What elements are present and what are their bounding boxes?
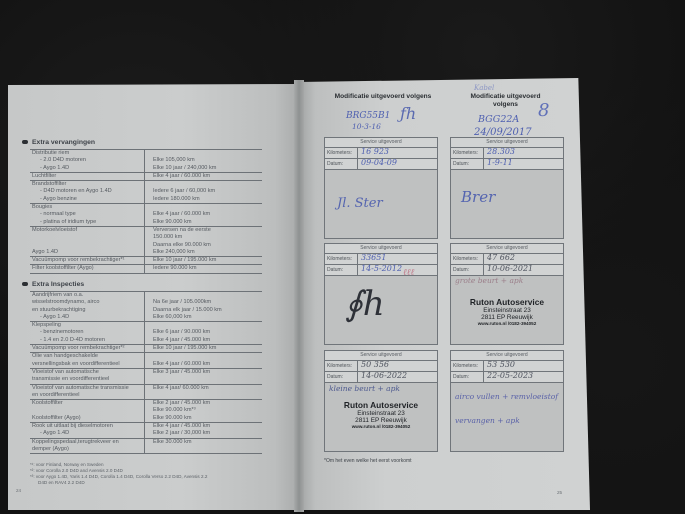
service-notes-area: Jl. Ster [325, 170, 437, 238]
item-cell: Aandrijfriem van o.a.wisselstroomdynamo,… [30, 292, 145, 322]
handwritten-value: 33651 [361, 253, 386, 263]
red-mark: ℓℓℓ [403, 267, 414, 278]
inspections-table: Aandrijfriem van o.a.wisselstroomdynamo,… [30, 291, 262, 454]
date-row: Datum:14-5-2012 [325, 265, 437, 276]
interval-cell: Iedere 90.000 km [145, 265, 263, 273]
section-extra-inspecties: Extra Inspecties [22, 281, 84, 288]
interval-cell: Na 6e jaar / 105.000kmDaarna elk jaar / … [145, 292, 263, 322]
date-row: Datum:1-9-11 [451, 159, 563, 170]
handwritten-value: 1-9-11 [487, 158, 513, 168]
service-box: Service uitgevoerdKilometers:53 530Datum… [450, 350, 564, 452]
interval-cell: Elke 4 jaar / 60.000 kmElke 90.000 km [145, 204, 263, 227]
item-cell: Vloeistof van automatischetransmissie en… [30, 368, 145, 384]
page-number-right: 25 [557, 490, 562, 495]
table-row: Filter koolstoffilter (Aygo)Iedere 90.00… [30, 265, 262, 273]
bullet-icon [22, 282, 28, 286]
handwritten-notes: grote beurt + apk [455, 276, 523, 285]
item-cell: Koolstoffilter Koolstoffilter (Aygo) [30, 400, 145, 423]
date-row: Datum:14-06-2022 [325, 372, 437, 383]
interval-cell: Elke 4 jaar / 45.000 kmElke 2 jaar / 30,… [145, 423, 263, 439]
handwritten-value: 28.303 [487, 147, 515, 157]
service-box: Service uitgevoerdKilometers:28.303Datum… [450, 137, 564, 239]
interval-cell: Elke 4 jaar / 60.000 km [145, 353, 263, 369]
item-cell: Koppelingspedaal,terugtrekveer endemper … [30, 438, 145, 454]
book-spine [294, 80, 304, 512]
handwritten-notes: airco vullen + remvloeistof vervangen + … [455, 385, 575, 433]
replacements-table: Distributie riem- 2.0 D4D motoren- Aygo … [30, 149, 262, 274]
interval-cell: Elke 10 jaar / 195.000 km [145, 257, 263, 265]
interval-cell: Verversen na de eerste150.000 kmDaarna e… [145, 226, 263, 256]
section-extra-vervangingen: Extra vervangingen [22, 139, 95, 146]
item-cell: Vloeistof van automatische transmissieen… [30, 384, 145, 400]
footnote-right: *Om het even welke het eerst voorkomt [324, 458, 412, 464]
signature-1: ƒh [400, 104, 416, 123]
table-row: Klepspeling- benzinemotoren- 1.4 en 2.0 … [30, 322, 262, 345]
service-notes-area: ∮hℓℓℓ [325, 276, 437, 344]
item-cell: Luchtfilter [30, 172, 145, 180]
item-cell: Vacuümpomp voor rembekrachtiger*² [30, 345, 145, 353]
interval-cell: Elke 6 jaar / 90.000 kmElke 4 jaar / 45.… [145, 322, 263, 345]
date-row: Datum:22-05-2023 [451, 372, 563, 383]
item-cell: Filter koolstoffilter (Aygo) [30, 265, 145, 273]
item-cell: Klepspeling- benzinemotoren- 1.4 en 2.0 … [30, 322, 145, 345]
table-row: Vloeistof van automatischetransmissie en… [30, 368, 262, 384]
interval-cell: Iedere 6 jaar / 60,000 kmIedere 180.000 … [145, 181, 263, 204]
handwritten-notes: Brer [461, 188, 495, 206]
item-cell: Vacuümpomp voor rembekrachtiger*¹ [30, 257, 145, 265]
service-notes-area: Brer [451, 170, 563, 238]
table-row: Brandstoffilter- D4D motoren en Aygo 1.4… [30, 181, 262, 204]
item-cell: Brandstoffilter- D4D motoren en Aygo 1.4… [30, 181, 145, 204]
bullet-icon [22, 140, 28, 144]
service-notes-area: airco vullen + remvloeistof vervangen + … [451, 383, 563, 451]
handwritten-value: 14-06-2022 [361, 371, 407, 381]
handwritten-value: 22-05-2023 [487, 371, 533, 381]
table-row: Koppelingspedaal,terugtrekveer endemper … [30, 438, 262, 454]
item-cell: Rook uit uitlaat bij dieselmotoren- Aygo… [30, 423, 145, 439]
handwritten-value: 16 923 [361, 147, 389, 157]
table-row: Motorkoelvloeistof Aygo 1.4DVerversen na… [30, 226, 262, 256]
table-row: Olie van handgeschakeldeversnellingsbak … [30, 353, 262, 369]
handwritten-value: 50 356 [361, 360, 389, 370]
date-row: Datum:10-06-2021 [451, 265, 563, 276]
handwritten-value: 47 662 [487, 253, 515, 263]
table-row: Bougies- normaal type- platina of iridiu… [30, 204, 262, 227]
handwritten-value: 10-06-2021 [487, 264, 533, 274]
handwritten-notes: kleine beurt + apk [329, 384, 400, 393]
table-row: Koolstoffilter Koolstoffilter (Aygo)Elke… [30, 400, 262, 423]
interval-cell: Elke 4 jaar/ 60.000 km [145, 384, 263, 400]
table-row: Vloeistof van automatische transmissieen… [30, 384, 262, 400]
item-cell: Motorkoelvloeistof Aygo 1.4D [30, 226, 145, 256]
handwritten-value: 53 530 [487, 360, 515, 370]
column-heading-1: Modificatie uitgevoerd volgens [328, 93, 438, 101]
item-cell: Distributie riem- 2.0 D4D motoren- Aygo … [30, 150, 145, 173]
handwritten-mark: 8 [538, 100, 549, 121]
table-row: Distributie riem- 2.0 D4D motoren- Aygo … [30, 150, 262, 173]
handwritten-notes: Jl. Ster [337, 196, 383, 211]
signature: ∮h [345, 284, 385, 324]
handwritten-note-kabel: Kabel [474, 84, 494, 92]
table-row: LuchtfilterElke 4 jaar / 60.000 km [30, 172, 262, 180]
interval-cell: Elke 10 jaar / 195.000 km [145, 345, 263, 353]
table-row: Rook uit uitlaat bij dieselmotoren- Aygo… [30, 423, 262, 439]
table-row: Vacuümpomp voor rembekrachtiger*²Elke 10… [30, 345, 262, 353]
handwritten-mod-code-1: BRG55B1 [346, 111, 390, 121]
interval-cell: Elke 105,000 kmElke 10 jaar / 240,000 km [145, 150, 263, 173]
page-number-left: 24 [16, 488, 21, 493]
handwritten-value: 14-5-2012 [361, 264, 402, 274]
item-cell: Bougies- normaal type- platina of iridiu… [30, 204, 145, 227]
service-notes-area: kleine beurt + apkRuton AutoserviceEinst… [325, 383, 437, 451]
interval-cell: Elke 30.000 km [145, 438, 263, 454]
handwritten-mod-date-1: 10-3-16 [352, 122, 381, 131]
workshop-stamp: Ruton AutoserviceEinsteinstraat 232811 E… [451, 298, 563, 327]
table-row: Aandrijfriem van o.a.wisselstroomdynamo,… [30, 292, 262, 322]
handwritten-mod-code-2: BGG22A [478, 114, 519, 125]
interval-cell: Elke 2 jaar / 45.000 kmElke 90.000 km*³E… [145, 400, 263, 423]
interval-cell: Elke 4 jaar / 60.000 km [145, 172, 263, 180]
handwritten-value: 09-04-09 [361, 158, 397, 168]
service-box: Service uitgevoerdKilometers:16 923Datum… [324, 137, 438, 239]
service-box: Service uitgevoerdKilometers:33651Datum:… [324, 243, 438, 345]
service-box: Service uitgevoerdKilometers:47 662Datum… [450, 243, 564, 345]
item-cell: Olie van handgeschakeldeversnellingsbak … [30, 353, 145, 369]
interval-cell: Elke 3 jaar / 45.000 km [145, 368, 263, 384]
service-notes-area: grote beurt + apkRuton AutoserviceEinste… [451, 276, 563, 344]
date-row: Datum:09-04-09 [325, 159, 437, 170]
service-box: Service uitgevoerdKilometers:50 356Datum… [324, 350, 438, 452]
workshop-stamp: Ruton AutoserviceEinsteinstraat 232811 E… [325, 401, 437, 430]
footnotes: *¹: voor Finland, Norway en Sweden *²: v… [30, 462, 270, 486]
table-row: Vacuümpomp voor rembekrachtiger*¹Elke 10… [30, 257, 262, 265]
